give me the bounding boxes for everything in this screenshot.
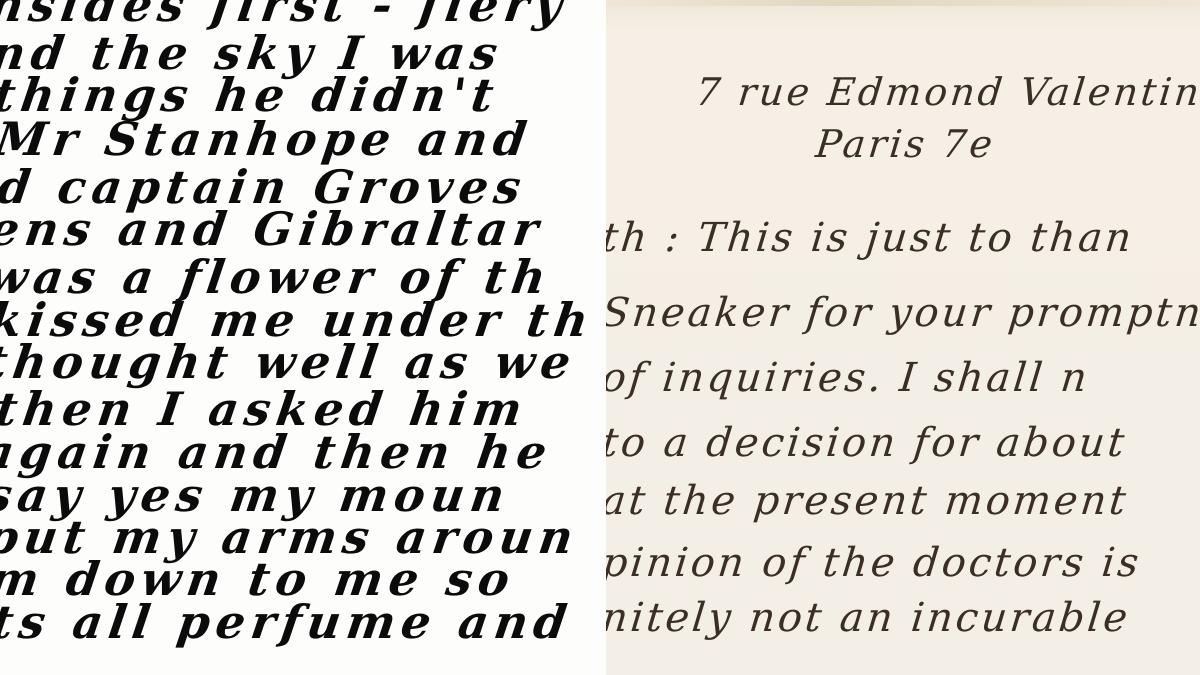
letter-line: at the present moment [606, 478, 1131, 524]
letter-line: Mr Stanhope and [0, 112, 536, 166]
left-handwritten-letter: nsides first - fiery nd the sky I was th… [0, 0, 606, 675]
letter-line: nitely not an incurable [606, 595, 1133, 641]
letter-line: thought well as we [0, 335, 580, 389]
letter-line: of inquiries. I shall n [606, 355, 1092, 401]
address-line: Paris 7e [814, 122, 998, 166]
letter-line: ts all perfume and [0, 595, 576, 649]
letter-line: th : This is just to than [606, 215, 1136, 261]
letter-line: to a decision for about [606, 420, 1129, 466]
letter-line: pinion of the doctors is [606, 540, 1144, 586]
letter-line: ens and Gibraltar [0, 202, 548, 256]
letter-line: Sneaker for your promptne [606, 290, 1200, 336]
right-handwritten-letter: 7 rue Edmond Valentin Paris 7e th : This… [606, 0, 1200, 675]
address-line: 7 rue Edmond Valentin [694, 70, 1200, 114]
